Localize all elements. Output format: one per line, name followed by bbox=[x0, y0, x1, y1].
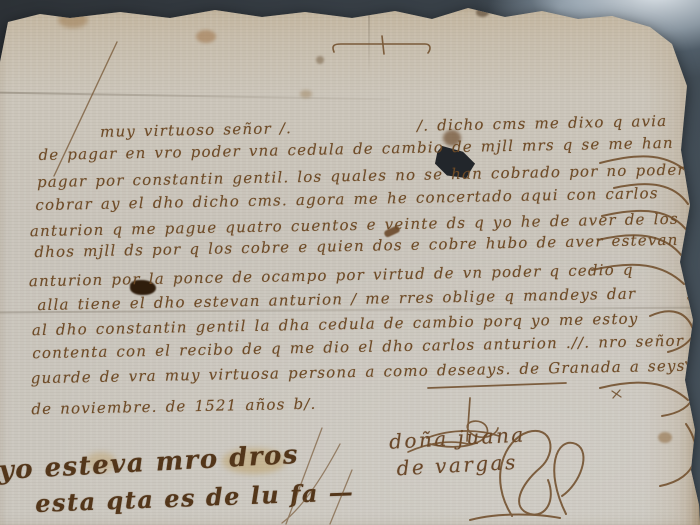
signature-name-line-2: de vargas bbox=[396, 450, 518, 481]
manuscript-text-line: de noviembre. de 1521 años b/. bbox=[31, 395, 317, 418]
parchment-wrapper: muy virtuoso señor /./. dicho cms me dix… bbox=[0, 0, 700, 525]
signature-name-line-1: doña juana bbox=[388, 422, 526, 453]
endorsement-line-2: esta qta es de lu fa — bbox=[35, 477, 355, 518]
parchment-paper: muy virtuoso señor /./. dicho cms me dix… bbox=[0, 0, 700, 525]
endorsement-line-1: yo esteva mro dros bbox=[0, 440, 300, 486]
manuscript-text-line: muy virtuoso señor /. bbox=[100, 119, 292, 141]
manuscript-body: muy virtuoso señor /./. dicho cms me dix… bbox=[0, 0, 697, 1]
manuscript-text: muy virtuoso señor /./. dicho cms me dix… bbox=[0, 0, 700, 525]
manuscript-text-line: /. dicho cms me dixo q avia bbox=[417, 112, 668, 135]
